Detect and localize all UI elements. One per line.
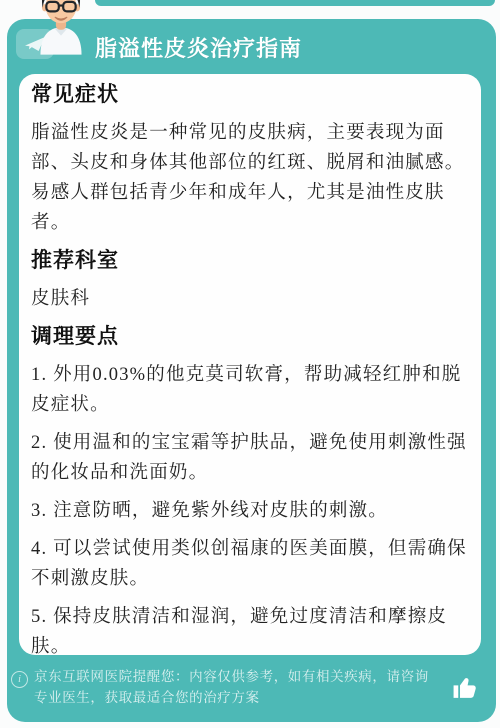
previous-card-bottom-edge — [95, 0, 495, 6]
care-tip-1: 1. 外用0.03%的他克莫司软膏，帮助减轻红肿和脱皮症状。 — [31, 360, 469, 420]
department-paragraph: 皮肤科 — [31, 284, 469, 314]
section-heading-department: 推荐科室 — [31, 246, 469, 276]
guide-article: 常见症状 脂溢性皮炎是一种常见的皮肤病，主要表现为面部、头皮和身体其他部位的红斑… — [19, 74, 481, 655]
section-heading-symptoms: 常见症状 — [31, 80, 469, 110]
disclaimer-footer: i 京东互联网医院提醒您：内容仅供参考，如有相关疾病，请咨询专业医生，获取最适合… — [7, 656, 496, 718]
care-tip-4: 4. 可以尝试使用类似创福康的医美面膜，但需确保不刺激皮肤。 — [31, 534, 469, 594]
thumbs-up-button[interactable] — [448, 671, 482, 703]
guide-title: 脂溢性皮炎治疗指南 — [95, 32, 302, 63]
info-icon: i — [11, 671, 28, 688]
thumbs-up-icon — [451, 674, 479, 701]
care-tip-2: 2. 使用温和的宝宝霜等护肤品，避免使用刺激性强的化妆品和洗面奶。 — [31, 428, 469, 488]
section-heading-care-tips: 调理要点 — [31, 322, 469, 352]
care-tip-5: 5. 保持皮肤清洁和湿润，避免过度清洁和摩擦皮肤。 — [31, 602, 469, 655]
disclaimer-text: 京东互联网医院提醒您：内容仅供参考，如有相关疾病，请咨询专业医生，获取最适合您的… — [34, 666, 442, 708]
care-tip-3: 3. 注意防晒，避免紫外线对皮肤的刺激。 — [31, 496, 469, 526]
doctor-avatar — [28, 0, 94, 55]
treatment-guide-card: 脂溢性皮炎治疗指南 常见症状 脂溢性皮炎是一种常见的皮肤病，主要表现为面部、头皮… — [7, 19, 496, 722]
symptoms-paragraph: 脂溢性皮炎是一种常见的皮肤病，主要表现为面部、头皮和身体其他部位的红斑、脱屑和油… — [31, 118, 469, 238]
